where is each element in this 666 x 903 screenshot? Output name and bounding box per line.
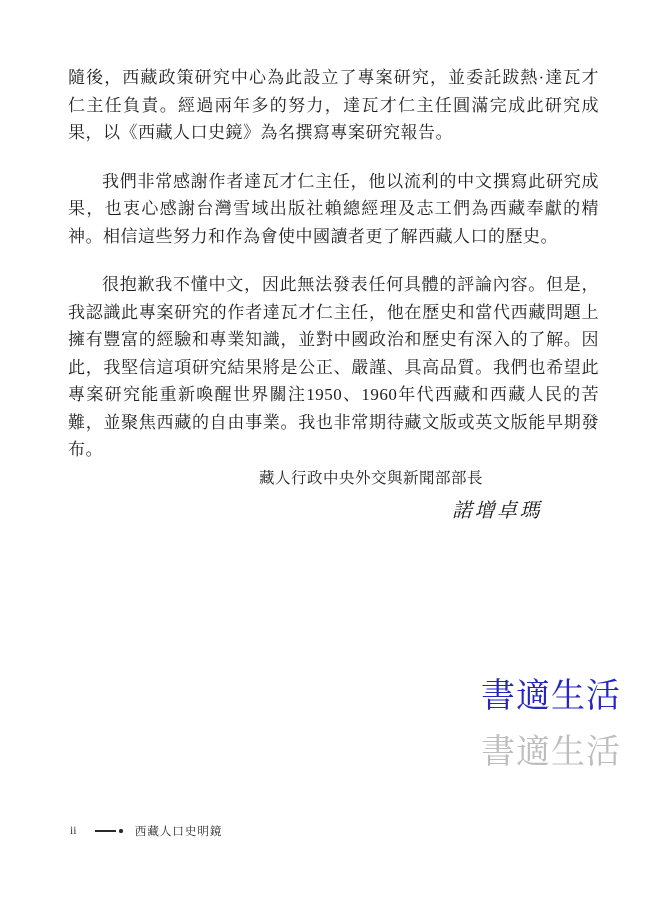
signature-name: 諾增卓瑪 [452, 494, 542, 523]
paragraph-2: 我們非常感謝作者達瓦才仁主任，他以流利的中文撰寫此研究成果，也衷心感謝台灣雪域出… [68, 168, 599, 251]
footer-rule [95, 830, 116, 832]
paragraph-1: 隨後，西藏政策研究中心為此設立了專案研究，並委託跋熱·達瓦才仁主任負責。經過兩年… [68, 64, 599, 147]
watermark-blue: 書適生活 [481, 668, 621, 717]
document-page: 隨後，西藏政策研究中心為此設立了專案研究，並委託跋熱·達瓦才仁主任負責。經過兩年… [0, 0, 666, 903]
footer-dot-icon [119, 829, 123, 833]
page-footer: ii 西藏人口史明鏡 [70, 823, 222, 839]
watermark-gray: 書適生活 [481, 724, 621, 773]
paragraph-3: 很抱歉我不懂中文，因此無法發表任何具體的評論內容。但是，我認識此專案研究的作者達… [68, 271, 599, 464]
preface-text-block: 隨後，西藏政策研究中心為此設立了專案研究，並委託跋熱·達瓦才仁主任負責。經過兩年… [68, 64, 599, 464]
signature-title: 藏人行政中央外交與新聞部部長 [259, 466, 483, 488]
footer-book-title: 西藏人口史明鏡 [135, 823, 223, 839]
page-number: ii [70, 825, 76, 837]
